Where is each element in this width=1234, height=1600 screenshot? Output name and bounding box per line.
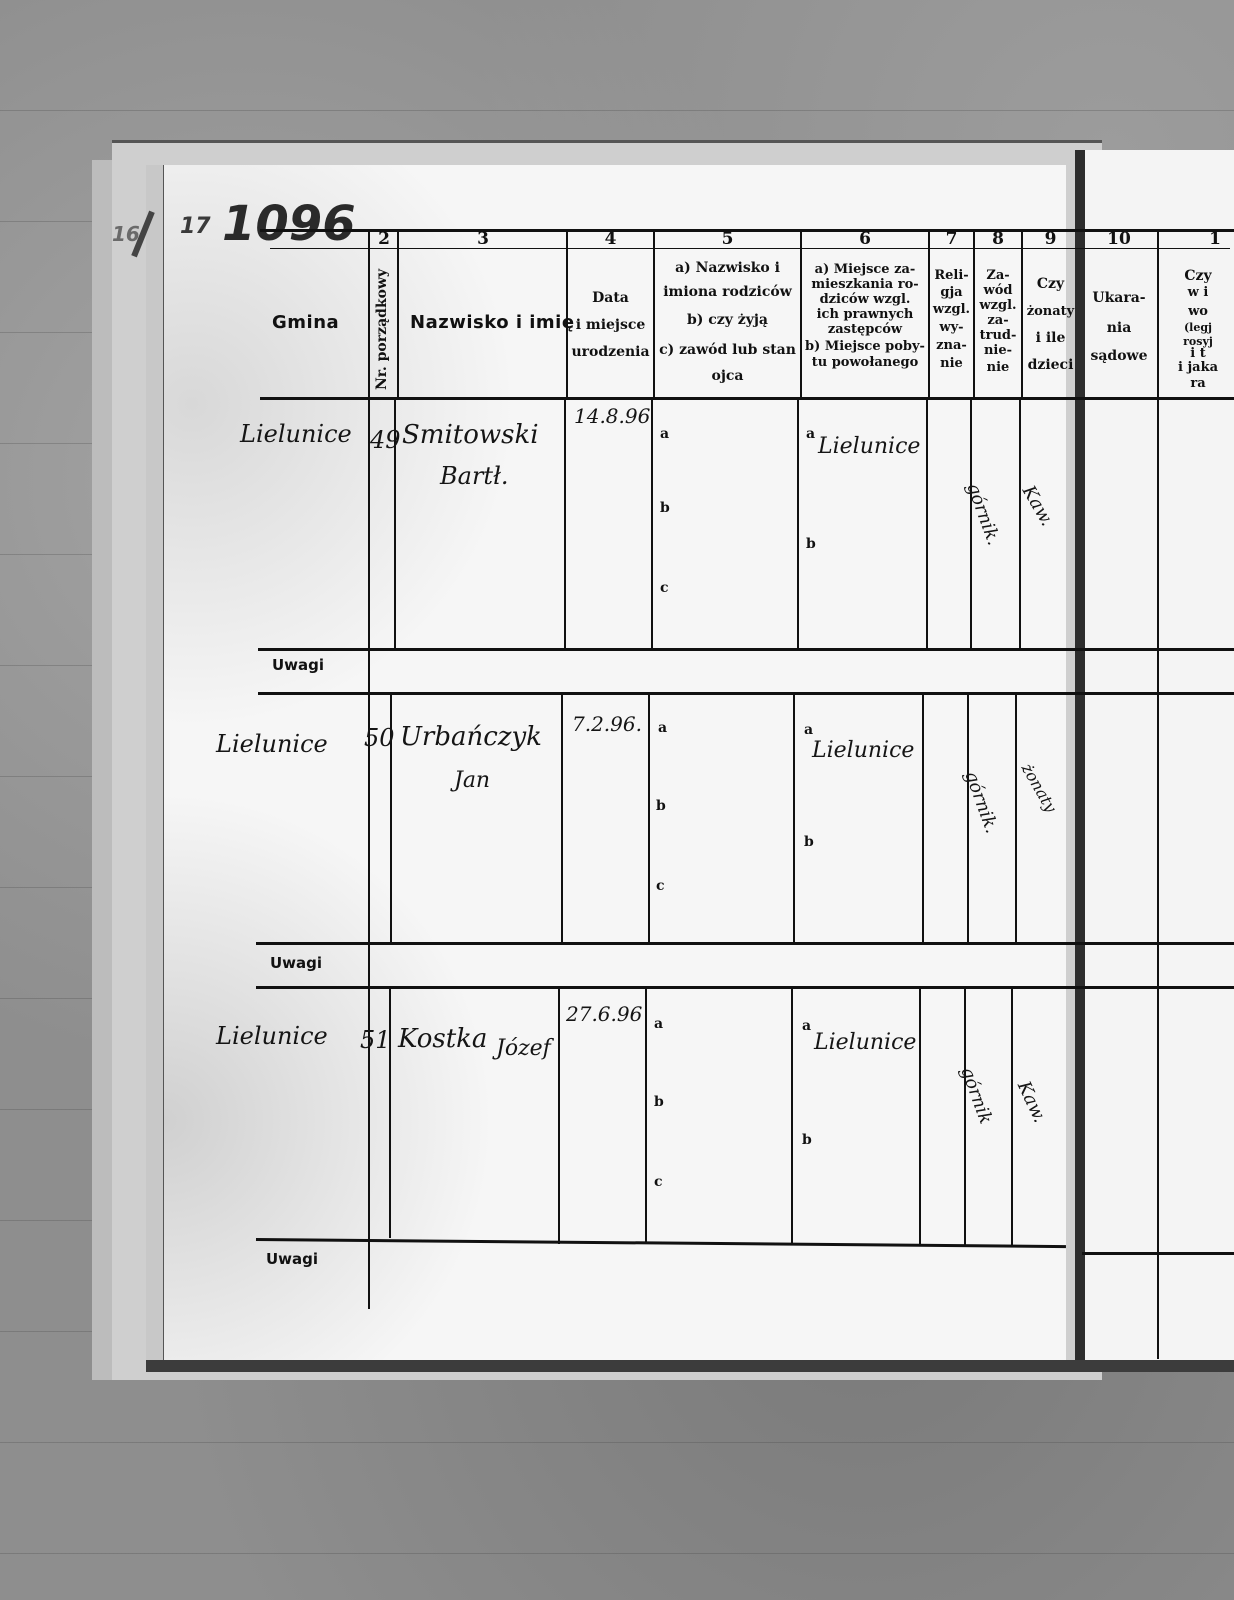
- col-divider-convicted: [1157, 229, 1159, 1359]
- header-occupation-line7: nie: [975, 360, 1021, 375]
- row-divider: [645, 988, 647, 1244]
- header-married-line1: Czy: [1023, 274, 1078, 294]
- row-divider: [1011, 988, 1013, 1246]
- col-divider-gmina: [368, 229, 370, 1309]
- col-number: 3: [400, 229, 566, 249]
- cell-birth-date: 14.8.96: [574, 404, 650, 428]
- row-divider: [648, 694, 650, 942]
- cell-birth-date: 7.2.96.: [572, 712, 642, 736]
- cell-residence: Lielunice: [812, 738, 914, 763]
- cell-given-name: Bartł.: [440, 462, 508, 490]
- header-convicted-line2: nia: [1082, 318, 1156, 338]
- col-number: 8: [975, 229, 1021, 249]
- remarks-top-rule: [256, 942, 1234, 945]
- cell-surname: Smitowski: [402, 420, 539, 450]
- header-residence-line3: dziców wzgl.: [802, 292, 928, 307]
- row-divider: [1015, 694, 1017, 942]
- header-parents-line1: a) Nazwisko i: [655, 258, 800, 278]
- col-number: 7: [930, 229, 973, 249]
- header-service-line2: w i: [1162, 285, 1234, 300]
- header-service-line8: ra: [1162, 376, 1234, 391]
- row-divider: [797, 399, 799, 649]
- col-number: 5: [655, 229, 800, 249]
- row-divider: [651, 399, 653, 649]
- remarks-top-rule-right: [1082, 1252, 1234, 1255]
- col-number: 4: [568, 229, 653, 249]
- marker-a: a: [802, 1018, 811, 1034]
- cell-given-name: Jan: [454, 768, 490, 793]
- row-divider: [926, 399, 928, 649]
- col-number: 6: [802, 229, 928, 249]
- archive-mark-year: 1096: [222, 196, 356, 252]
- header-residence-line6: b) Miejsce poby-: [802, 339, 928, 354]
- header-gmina: Gmina: [272, 312, 339, 333]
- col-divider-nr: [397, 229, 399, 399]
- cell-gmina: Lielunice: [240, 420, 352, 448]
- remarks-bottom-rule: [256, 986, 1234, 989]
- marker-b: b: [660, 500, 670, 516]
- row-divider: [791, 988, 793, 1244]
- col-number: 10: [1082, 229, 1156, 249]
- header-residence-line4: ich prawnych: [802, 307, 928, 322]
- page-bottom-edge: [146, 1360, 1234, 1372]
- header-residence-line1: a) Miejsce za-: [802, 262, 928, 277]
- marker-b: b: [802, 1132, 812, 1148]
- remarks-bottom-rule: [258, 692, 1234, 695]
- header-residence-line5: zastępców: [802, 322, 928, 337]
- header-service-line7: i jaka: [1162, 360, 1234, 375]
- header-occupation-line6: nie-: [975, 343, 1021, 358]
- cell-nr: 50: [364, 724, 395, 752]
- header-residence-line7: tu powołanego: [802, 355, 928, 370]
- header-occupation-line3: wzgl.: [975, 298, 1021, 313]
- cell-surname: Kostka: [398, 1024, 487, 1054]
- header-parents-line5: ojca: [655, 366, 800, 386]
- remarks-label: Uwagi: [266, 1250, 318, 1268]
- marker-a: a: [804, 722, 813, 738]
- header-parents-line3: b) czy żyją: [655, 310, 800, 330]
- header-occupation-line2: wód: [975, 283, 1021, 298]
- marker-a: a: [660, 426, 669, 442]
- col-number: 1: [1200, 229, 1230, 249]
- cell-birth-date: 27.6.96: [566, 1002, 642, 1026]
- header-occupation-line1: Za-: [975, 268, 1021, 283]
- col-number: 2: [372, 229, 396, 249]
- header-birth-line3: urodzenia: [568, 342, 653, 362]
- header-occupation-line5: trud-: [975, 328, 1021, 343]
- header-convicted-line1: Ukara-: [1082, 288, 1156, 308]
- header-religion-line5: zna-: [930, 338, 973, 353]
- header-residence-line2: mieszkania ro-: [802, 277, 928, 292]
- remarks-label: Uwagi: [270, 954, 322, 972]
- header-religion-line1: Reli-: [930, 268, 973, 283]
- header-nr-porzadkowy: Nr. porządkowy: [374, 269, 390, 390]
- header-bottom-rule: [260, 397, 1234, 400]
- header-religion-line4: wy-: [930, 320, 973, 335]
- row-divider: [1019, 399, 1021, 649]
- row-divider: [561, 694, 563, 942]
- row-divider: [967, 694, 969, 942]
- marker-b: b: [656, 798, 666, 814]
- header-service-line1: Czy: [1162, 266, 1234, 286]
- row-divider: [793, 694, 795, 942]
- header-religion-line2: gja: [930, 285, 973, 300]
- marker-c: c: [654, 1174, 663, 1190]
- header-service-line3: wo: [1162, 304, 1234, 319]
- marker-b: b: [654, 1094, 664, 1110]
- header-parents-line4: c) zawód lub stan: [655, 340, 800, 360]
- header-married-line2: żonaty: [1023, 304, 1078, 319]
- header-parents-line2: imiona rodziców: [655, 282, 800, 302]
- page-binding-strip: [146, 165, 164, 1360]
- header-religion-line6: nie: [930, 356, 973, 371]
- header-birth-line1: Data: [568, 288, 653, 308]
- header-convicted-line3: sądowe: [1082, 346, 1156, 366]
- header-married-line3: i ile: [1023, 328, 1078, 348]
- cell-residence: Lielunice: [814, 1030, 916, 1055]
- row-divider: [919, 988, 921, 1246]
- header-occupation-line4: za-: [975, 313, 1021, 328]
- row-divider: [564, 399, 566, 649]
- marker-b: b: [806, 536, 816, 552]
- header-married-line4: dzieci: [1023, 355, 1078, 375]
- cell-nr: 51: [360, 1026, 391, 1054]
- remarks-label: Uwagi: [272, 656, 324, 674]
- cell-gmina: Lielunice: [216, 1022, 328, 1050]
- marker-c: c: [660, 580, 669, 596]
- row-divider: [558, 988, 560, 1244]
- cell-nr: 49: [370, 426, 401, 454]
- cell-gmina: Lielunice: [216, 730, 328, 758]
- row-divider: [964, 988, 966, 1246]
- cell-given-name: Józef: [496, 1036, 551, 1061]
- header-service-line6: i t: [1162, 346, 1234, 361]
- remarks-top-rule: [258, 648, 1234, 651]
- marker-b: b: [804, 834, 814, 850]
- header-religion-line3: wzgl.: [930, 302, 973, 317]
- cell-surname: Urbańczyk: [400, 722, 542, 752]
- cell-residence: Lielunice: [818, 434, 920, 459]
- marker-a: a: [654, 1016, 663, 1032]
- marker-c: c: [656, 878, 665, 894]
- marker-a: a: [806, 426, 815, 442]
- col-number: 9: [1023, 229, 1078, 249]
- marker-a: a: [658, 720, 667, 736]
- row-divider: [922, 694, 924, 942]
- row-divider: [970, 399, 972, 649]
- header-birth-line2: i miejsce: [568, 315, 653, 335]
- header-name: Nazwisko i imię: [410, 312, 575, 333]
- archive-mark-small: 17: [180, 214, 211, 239]
